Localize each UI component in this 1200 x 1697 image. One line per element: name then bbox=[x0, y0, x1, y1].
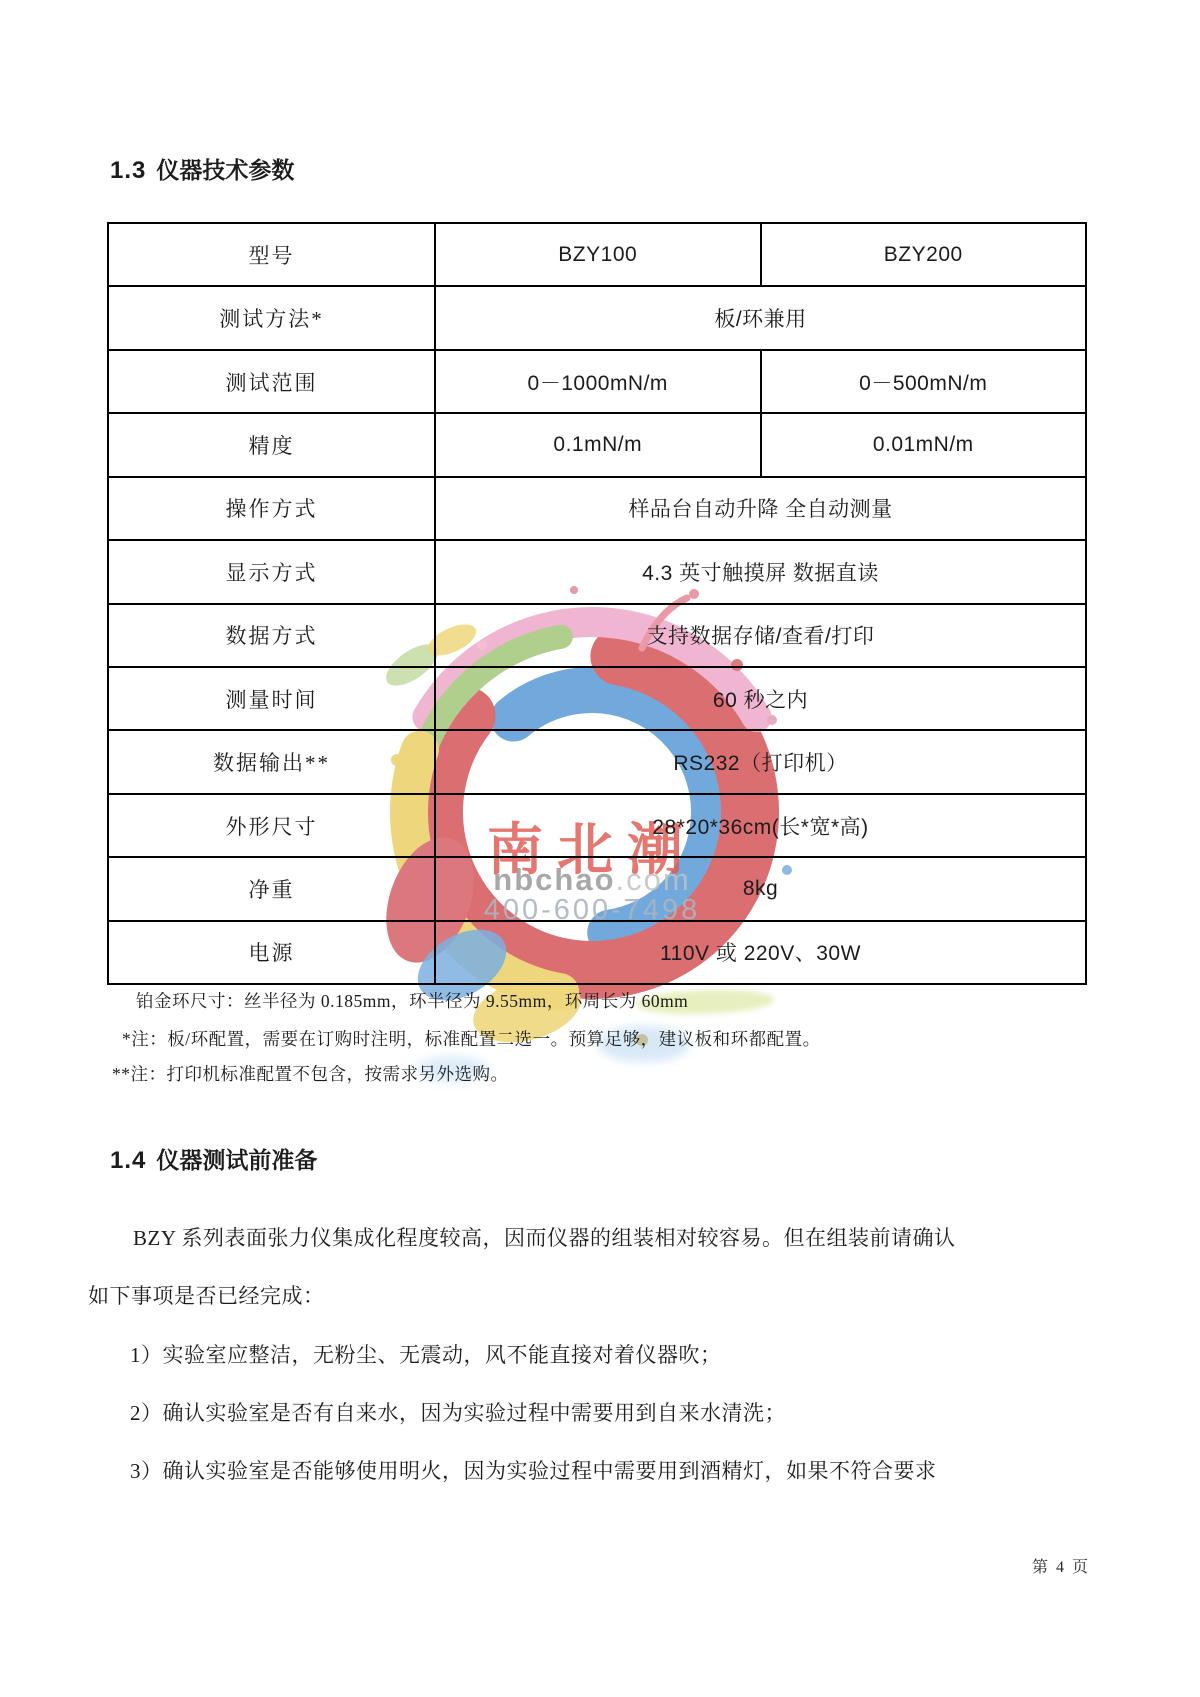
row-data-output-value: RS232（打印机） bbox=[434, 731, 1085, 792]
row-dimensions-value: 28*20*36cm(长*宽*高) bbox=[434, 795, 1085, 856]
document-page: 南北潮 nbchao.com 400-600-7498 1.3仪器技术参数 型号… bbox=[0, 0, 1200, 1697]
table-row-display-mode: 显示方式 4.3 英寸触摸屏 数据直读 bbox=[109, 541, 1085, 604]
section-1-4-number: 1.4 bbox=[110, 1147, 146, 1174]
paragraph-line-2: 如下事项是否已经完成： bbox=[88, 1280, 325, 1310]
row-measure-time-value: 60 秒之内 bbox=[434, 668, 1085, 729]
row-model-bzy200: BZY200 bbox=[760, 224, 1086, 285]
row-data-output-label: 数据输出** bbox=[109, 731, 434, 792]
list-item-3: 3）确认实验室是否能够使用明火，因为实验过程中需要用到酒精灯，如果不符合要求 bbox=[130, 1455, 937, 1485]
row-precision-bzy200: 0.01mN/m bbox=[760, 414, 1086, 475]
row-precision-label: 精度 bbox=[109, 414, 434, 475]
row-test-range-bzy100: 0－1000mN/m bbox=[434, 351, 760, 412]
row-measure-time-label: 测量时间 bbox=[109, 668, 434, 729]
table-row-measure-time: 测量时间 60 秒之内 bbox=[109, 668, 1085, 731]
note-double-star: **注：打印机标准配置不包含，按需求另外选购。 bbox=[112, 1061, 509, 1086]
row-data-mode-label: 数据方式 bbox=[109, 605, 434, 666]
table-row-precision: 精度 0.1mN/m 0.01mN/m bbox=[109, 414, 1085, 477]
note-ring-size: 铂金环尺寸：丝半径为 0.185mm，环半径为 9.55mm，环周长为 60mm bbox=[136, 988, 688, 1013]
table-row-operation-mode: 操作方式 样品台自动升降 全自动测量 bbox=[109, 478, 1085, 541]
row-data-mode-value: 支持数据存储/查看/打印 bbox=[434, 605, 1085, 666]
row-dimensions-label: 外形尺寸 bbox=[109, 795, 434, 856]
row-test-method-label: 测试方法* bbox=[109, 287, 434, 348]
content-layer: 1.3仪器技术参数 型号 BZY100 BZY200 测试方法* 板/环兼用 测… bbox=[0, 0, 1200, 1697]
section-1-3-title: 仪器技术参数 bbox=[156, 158, 294, 183]
table-row-data-mode: 数据方式 支持数据存储/查看/打印 bbox=[109, 605, 1085, 668]
row-display-mode-value: 4.3 英寸触摸屏 数据直读 bbox=[434, 541, 1085, 602]
table-row-data-output: 数据输出** RS232（打印机） bbox=[109, 731, 1085, 794]
row-power-value: 110V 或 220V、30W bbox=[434, 922, 1085, 983]
spec-table: 型号 BZY100 BZY200 测试方法* 板/环兼用 测试范围 0－1000… bbox=[107, 222, 1087, 985]
row-operation-mode-value: 样品台自动升降 全自动测量 bbox=[434, 478, 1085, 539]
table-row-model: 型号 BZY100 BZY200 bbox=[109, 224, 1085, 287]
section-1-3-number: 1.3 bbox=[110, 157, 146, 184]
row-test-range-bzy200: 0－500mN/m bbox=[760, 351, 1086, 412]
section-1-3-heading: 1.3仪器技术参数 bbox=[110, 152, 294, 185]
row-operation-mode-label: 操作方式 bbox=[109, 478, 434, 539]
section-1-4-heading: 1.4仪器测试前准备 bbox=[110, 1142, 317, 1175]
row-test-method-value: 板/环兼用 bbox=[434, 287, 1085, 348]
list-item-1: 1）实验室应整洁，无粉尘、无震动，风不能直接对着仪器吹； bbox=[130, 1339, 722, 1369]
section-1-4-title: 仪器测试前准备 bbox=[156, 1148, 317, 1173]
list-item-2: 2）确认实验室是否有自来水，因为实验过程中需要用到自来水清洗； bbox=[130, 1397, 786, 1427]
table-row-power: 电源 110V 或 220V、30W bbox=[109, 922, 1085, 983]
table-row-test-method: 测试方法* 板/环兼用 bbox=[109, 287, 1085, 350]
row-precision-bzy100: 0.1mN/m bbox=[434, 414, 760, 475]
table-row-dimensions: 外形尺寸 28*20*36cm(长*宽*高) bbox=[109, 795, 1085, 858]
row-net-weight-value: 8kg bbox=[434, 858, 1085, 919]
table-row-test-range: 测试范围 0－1000mN/m 0－500mN/m bbox=[109, 351, 1085, 414]
row-test-range-label: 测试范围 bbox=[109, 351, 434, 412]
row-power-label: 电源 bbox=[109, 922, 434, 983]
table-row-net-weight: 净重 8kg bbox=[109, 858, 1085, 921]
row-net-weight-label: 净重 bbox=[109, 858, 434, 919]
note-star: *注：板/环配置，需要在订购时注明，标准配置二选一。预算足够，建议板和环都配置。 bbox=[122, 1026, 821, 1051]
paragraph-line-1: BZY 系列表面张力仪集成化程度较高，因而仪器的组装相对较容易。但在组装前请确认 bbox=[133, 1222, 955, 1252]
row-model-bzy100: BZY100 bbox=[434, 224, 760, 285]
page-number: 第 4 页 bbox=[1032, 1554, 1090, 1577]
row-model-label: 型号 bbox=[109, 224, 434, 285]
row-display-mode-label: 显示方式 bbox=[109, 541, 434, 602]
